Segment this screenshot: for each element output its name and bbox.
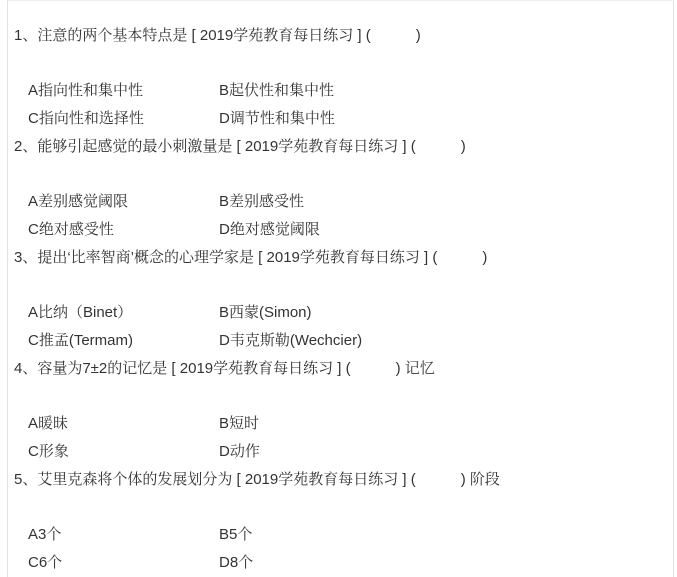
question-3-options: A比纳（Binet） B西蒙(Simon) C推孟(Termam) D韦克斯勒(… xyxy=(28,299,663,355)
question-3-option-a: A比纳（Binet） xyxy=(28,299,219,327)
question-1-option-c: C指向性和选择性 xyxy=(28,105,219,133)
question-block-1: 1、注意的两个基本特点是 [ 2019学苑教育每日练习 ] ( ) A指向性和集… xyxy=(8,22,663,133)
question-5-option-c: C6个 xyxy=(28,549,219,577)
question-4-option-c: C形象 xyxy=(28,438,219,466)
question-1-option-d: D调节性和集中性 xyxy=(219,105,663,133)
question-4-option-a: A暖昧 xyxy=(28,410,219,438)
question-block-3: 3、提出‘比率智商’概念的心理学家是 [ 2019学苑教育每日练习 ] ( ) … xyxy=(8,244,663,355)
question-3-option-c: C推孟(Termam) xyxy=(28,327,219,355)
question-block-4: 4、容量为7±2的记忆是 [ 2019学苑教育每日练习 ] ( ) 记忆 A暖昧… xyxy=(8,355,663,466)
question-2-option-a: A差别感觉阈限 xyxy=(28,188,219,216)
question-1-option-a: A指向性和集中性 xyxy=(28,77,219,105)
question-4-option-b: B短时 xyxy=(219,410,663,438)
question-5-option-d: D8个 xyxy=(219,549,663,577)
question-3-option-b: B西蒙(Simon) xyxy=(219,299,663,327)
question-4-option-d: D动作 xyxy=(219,438,663,466)
question-2-options: A差别感觉阈限 B差别感受性 C绝对感受性 D绝对感觉阈限 xyxy=(28,188,663,244)
question-3-title: 3、提出‘比率智商’概念的心理学家是 [ 2019学苑教育每日练习 ] ( ) xyxy=(14,244,663,272)
question-block-2: 2、能够引起感觉的最小刺激量是 [ 2019学苑教育每日练习 ] ( ) A差别… xyxy=(8,133,663,244)
question-5-title: 5、艾里克森将个体的发展划分为 [ 2019学苑教育每日练习 ] ( ) 阶段 xyxy=(14,466,663,494)
question-4-options: A暖昧 B短时 C形象 D动作 xyxy=(28,410,663,466)
question-1-options: A指向性和集中性 B起伏性和集中性 C指向性和选择性 D调节性和集中性 xyxy=(28,77,663,133)
question-1-option-b: B起伏性和集中性 xyxy=(219,77,663,105)
question-2-title: 2、能够引起感觉的最小刺激量是 [ 2019学苑教育每日练习 ] ( ) xyxy=(14,133,663,161)
question-5-option-a: A3个 xyxy=(28,521,219,549)
question-2-option-b: B差别感受性 xyxy=(219,188,663,216)
question-5-options: A3个 B5个 C6个 D8个 xyxy=(28,521,663,577)
question-5-option-b: B5个 xyxy=(219,521,663,549)
question-block-5: 5、艾里克森将个体的发展划分为 [ 2019学苑教育每日练习 ] ( ) 阶段 … xyxy=(8,466,663,577)
question-2-option-c: C绝对感受性 xyxy=(28,216,219,244)
question-2-option-d: D绝对感觉阈限 xyxy=(219,216,663,244)
question-3-option-d: D韦克斯勒(Wechcier) xyxy=(219,327,663,355)
quiz-page: 1、注意的两个基本特点是 [ 2019学苑教育每日练习 ] ( ) A指向性和集… xyxy=(7,0,674,577)
question-4-title: 4、容量为7±2的记忆是 [ 2019学苑教育每日练习 ] ( ) 记忆 xyxy=(14,355,663,383)
question-1-title: 1、注意的两个基本特点是 [ 2019学苑教育每日练习 ] ( ) xyxy=(14,22,663,50)
